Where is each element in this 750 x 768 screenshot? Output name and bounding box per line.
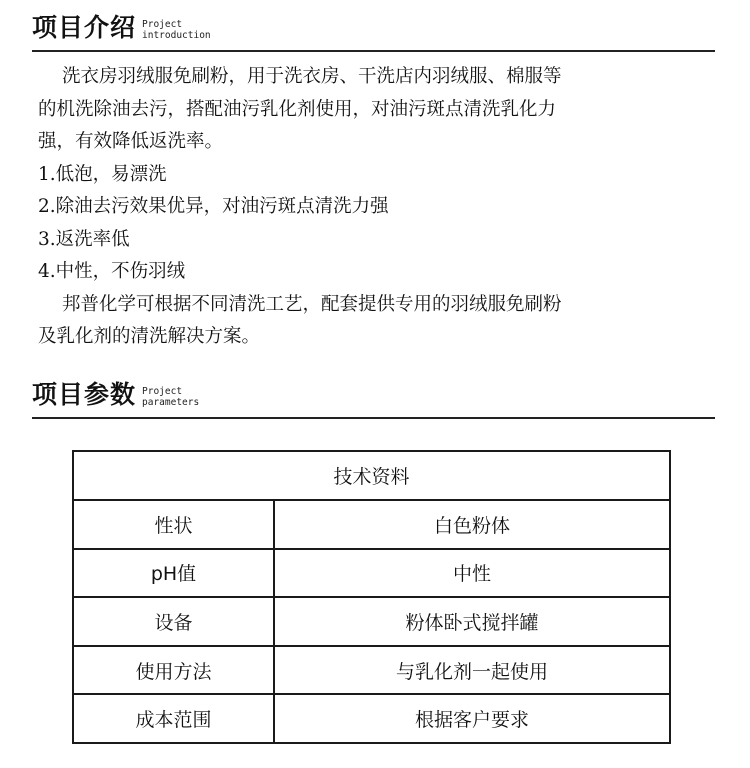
heading-en: Project parameters [142,386,199,408]
intro-line: 的机洗除油去污，搭配油污乳化剂使用，对油污斑点清洗乳化力 [38,94,718,127]
spec-table: 技术资料 性状 白色粉体 pH值 中性 设备 粉体卧式搅拌罐 使用方法 与乳化剂… [72,450,671,744]
table-header: 技术资料 [73,451,670,500]
heading-en-line2: introduction [142,30,211,41]
feature-item: 3.返洗率低 [38,224,718,257]
table-row: pH值 中性 [73,549,670,598]
row-key: 成本范围 [73,694,274,743]
feature-item: 2.除油去污效果优异，对油污斑点清洗力强 [38,191,718,224]
heading-en: Project introduction [142,19,211,41]
closing-line: 及乳化剂的清洗解决方案。 [38,321,718,354]
row-value: 中性 [274,549,670,598]
row-key: 性状 [73,500,274,549]
row-key: 使用方法 [73,646,274,695]
table-row: 成本范围 根据客户要求 [73,694,670,743]
section-heading-intro: 项目介绍 Project introduction [32,14,211,42]
divider [32,50,715,52]
feature-item: 1.低泡，易漂洗 [38,159,718,192]
intro-line: 洗衣房羽绒服免刷粉，用于洗衣房、干洗店内羽绒服、棉服等 [38,61,718,94]
intro-body: 洗衣房羽绒服免刷粉，用于洗衣房、干洗店内羽绒服、棉服等 的机洗除油去污，搭配油污… [38,61,718,354]
table-row: 设备 粉体卧式搅拌罐 [73,597,670,646]
feature-item: 4.中性，不伤羽绒 [38,256,718,289]
intro-line: 强，有效降低返洗率。 [38,126,718,159]
table-row: 性状 白色粉体 [73,500,670,549]
row-key: pH值 [73,549,274,598]
row-value: 与乳化剂一起使用 [274,646,670,695]
heading-cn: 项目参数 [32,381,136,409]
section-heading-params: 项目参数 Project parameters [32,381,199,409]
closing-line: 邦普化学可根据不同清洗工艺，配套提供专用的羽绒服免刷粉 [38,289,718,322]
table-row: 使用方法 与乳化剂一起使用 [73,646,670,695]
row-value: 粉体卧式搅拌罐 [274,597,670,646]
heading-en-line2: parameters [142,397,199,408]
row-value: 白色粉体 [274,500,670,549]
row-key: 设备 [73,597,274,646]
heading-en-line1: Project [142,19,182,30]
heading-en-line1: Project [142,386,182,397]
heading-cn: 项目介绍 [32,14,136,42]
row-value: 根据客户要求 [274,694,670,743]
table-header-row: 技术资料 [73,451,670,500]
divider [32,417,715,419]
